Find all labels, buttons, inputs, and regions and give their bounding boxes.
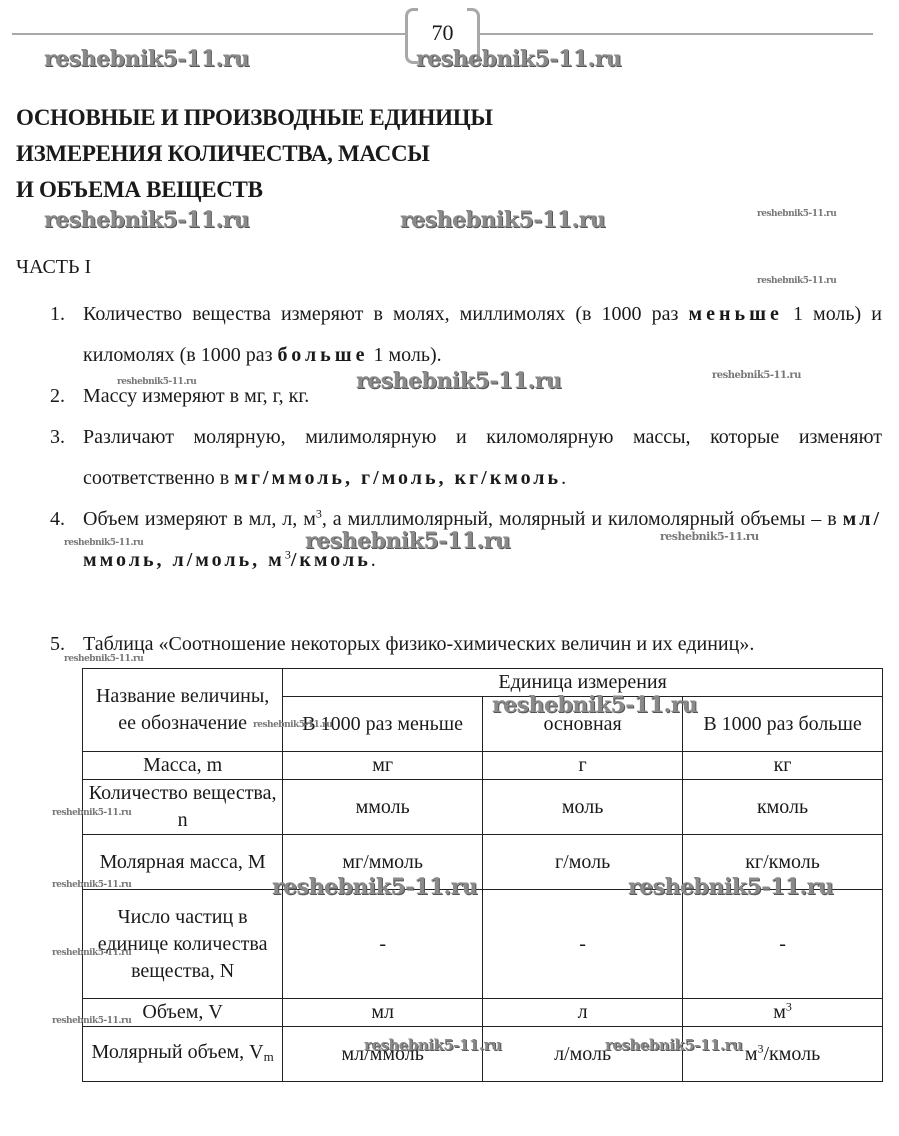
list-item-2: 2. Массу измеряют в мг, г, кг. xyxy=(50,376,882,417)
title-line: ОСНОВНЫЕ И ПРОИЗВОДНЫЕ ЕДИНИЦЫ xyxy=(16,100,493,136)
watermark: reshebnik5-11.ru xyxy=(44,46,249,72)
watermark: reshebnik5-11.ru xyxy=(44,207,249,233)
list-item-3: 3. Различают молярную, милимолярную и ки… xyxy=(50,417,882,499)
page-title: ОСНОВНЫЕ И ПРОИЗВОДНЫЕ ЕДИНИЦЫ ИЗМЕРЕНИЯ… xyxy=(16,100,493,208)
list-item-5: 5. Таблица «Соотношение некоторых физико… xyxy=(50,624,882,665)
subheader-more: В 1000 раз больше xyxy=(683,697,883,752)
title-line: ИЗМЕРЕНИЯ КОЛИЧЕСТВА, МАССЫ xyxy=(16,136,493,172)
watermark: reshebnik5-11.ru xyxy=(605,1036,742,1054)
watermark: reshebnik5-11.ru xyxy=(52,808,131,818)
watermark: reshebnik5-11.ru xyxy=(492,692,697,718)
watermark: reshebnik5-11.ru xyxy=(757,209,836,219)
table-row: Молярный объем, Vm мл/ммоль л/моль м3/км… xyxy=(83,1027,883,1082)
table-row: Объем, V мл л м3 xyxy=(83,999,883,1027)
list-item-1: 1. Количество вещества измеряют в молях,… xyxy=(50,294,882,376)
item-text: Различают молярную, милимолярную и килом… xyxy=(83,417,882,499)
part-label: ЧАСТЬ I xyxy=(16,256,91,279)
table-row: Число частиц в единице количества вещест… xyxy=(83,890,883,999)
item-text: Объем измеряют в мл, л, м3, а миллимоляр… xyxy=(83,499,882,581)
list-item-4: 4. Объем измеряют в мл, л, м3, а миллимо… xyxy=(50,499,882,581)
item-text: Таблица «Соотношение некоторых физико-хи… xyxy=(83,624,882,665)
watermark: reshebnik5-11.ru xyxy=(416,46,621,72)
title-line: И ОБЪЕМА ВЕЩЕСТВ xyxy=(16,172,493,208)
watermark: reshebnik5-11.ru xyxy=(52,880,131,890)
item-text: Массу измеряют в мг, г, кг. xyxy=(83,376,882,417)
table-row: Масса, m мг г кг xyxy=(83,752,883,780)
watermark: reshebnik5-11.ru xyxy=(400,207,605,233)
table-row: Количество вещества, n ммоль моль кмоль xyxy=(83,780,883,835)
watermark: reshebnik5-11.ru xyxy=(52,1016,131,1026)
item-text: Количество вещества измеряют в молях, ми… xyxy=(83,294,882,376)
header-name: Название величины, ее обозначение xyxy=(83,669,283,752)
watermark: reshebnik5-11.ru xyxy=(52,948,131,958)
watermark: reshebnik5-11.ru xyxy=(364,1036,501,1054)
page-number: 70 xyxy=(405,20,480,46)
watermark: reshebnik5-11.ru xyxy=(253,720,332,730)
watermark: reshebnik5-11.ru xyxy=(272,874,477,900)
watermark: reshebnik5-11.ru xyxy=(757,276,836,286)
watermark: reshebnik5-11.ru xyxy=(628,874,833,900)
